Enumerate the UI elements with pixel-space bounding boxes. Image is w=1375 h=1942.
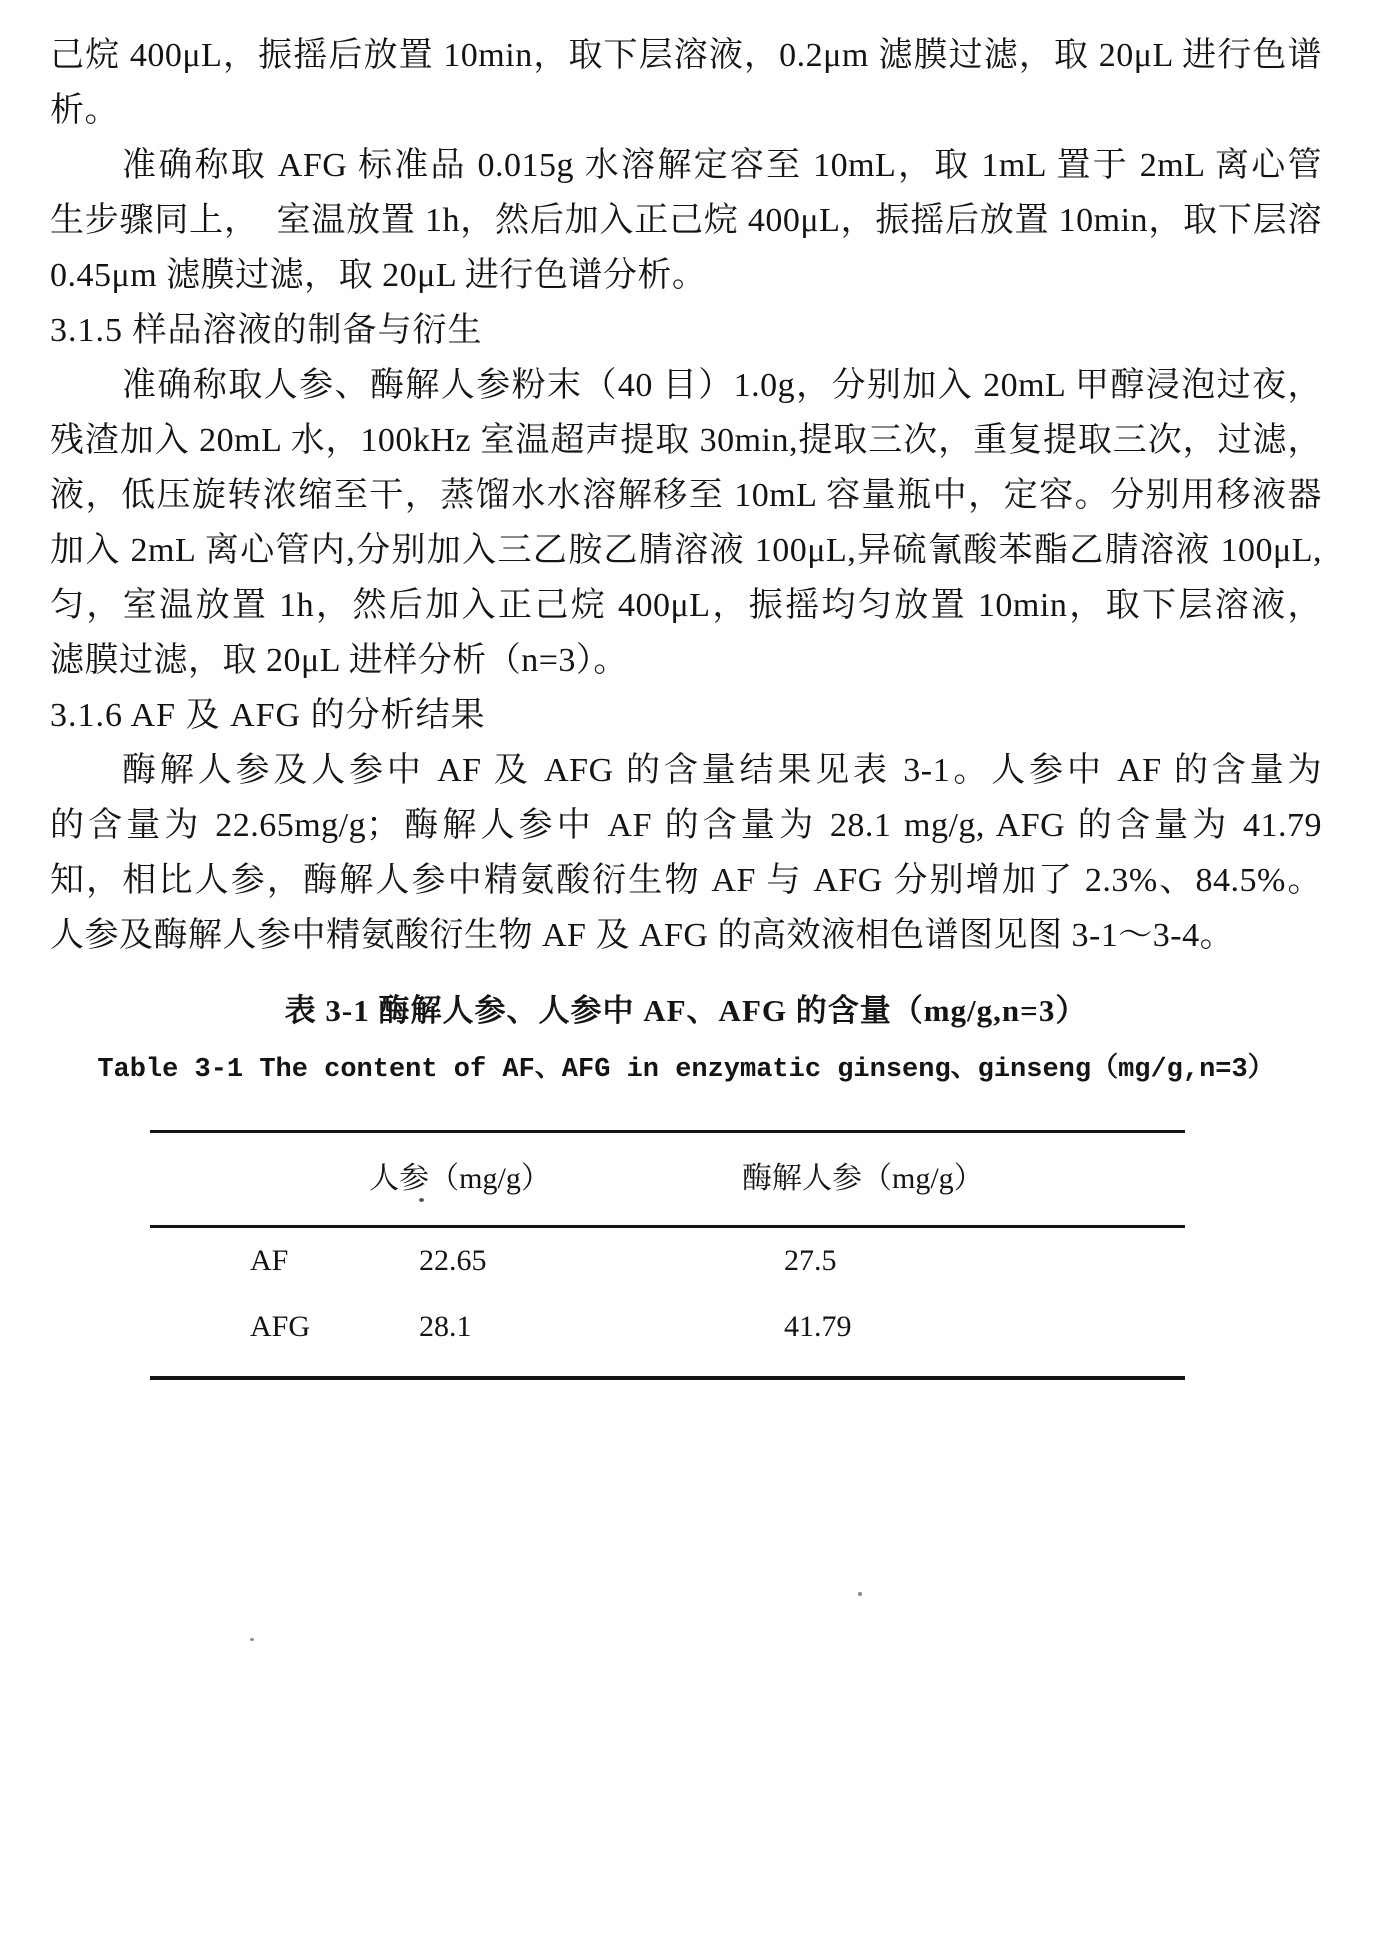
- body-line: 生步骤同上， 室温放置 1h，然后加入正己烷 400μL，振摇后放置 10min…: [50, 193, 1322, 248]
- table-header-enzymatic-ginseng: 酶解人参（mg/g）: [590, 1133, 1185, 1225]
- body-line: 己烷 400μL，振摇后放置 10min，取下层溶液，0.2μm 滤膜过滤，取 …: [50, 28, 1322, 83]
- table-header-ginseng: 人参（mg/g）: [330, 1133, 590, 1225]
- scan-speck: [250, 1638, 254, 1641]
- ginseng-value: 28.1: [330, 1294, 590, 1360]
- data-table: 人参（mg/g） 酶解人参（mg/g） AF 22.65 27.5 AFG 28…: [150, 1130, 1185, 1380]
- body-line: 滤膜过滤，取 20μL 进样分析（n=3）。: [50, 633, 1322, 688]
- table-header-analyte: [150, 1133, 330, 1225]
- section-heading-3-1-5: 3.1.5 样品溶液的制备与衍生: [50, 303, 1322, 358]
- scan-speck: [419, 1198, 424, 1202]
- body-line: 残渣加入 20mL 水，100kHz 室温超声提取 30min,提取三次，重复提…: [50, 413, 1322, 468]
- body-line: 人参及酶解人参中精氨酸衍生物 AF 及 AFG 的高效液相色谱图见图 3-1～3…: [50, 908, 1322, 963]
- enzymatic-value: 27.5: [590, 1228, 1185, 1294]
- row-label: AF: [150, 1228, 330, 1294]
- table-title-english: Table 3-1 The content of AF、AFG in enzym…: [50, 1049, 1322, 1091]
- body-line: 液，低压旋转浓缩至干，蒸馏水水溶解移至 10mL 容量瓶中，定容。分别用移液器取…: [50, 468, 1322, 523]
- body-line: 析。: [50, 83, 1322, 138]
- body-line: 准确称取 AFG 标准品 0.015g 水溶解定容至 10mL，取 1mL 置于…: [50, 138, 1322, 193]
- section-heading-3-1-6: 3.1.6 AF 及 AFG 的分析结果: [50, 688, 1322, 743]
- row-label: AFG: [150, 1294, 330, 1360]
- table-row: AF 22.65 27.5: [150, 1228, 1185, 1294]
- table-title-chinese: 表 3-1 酶解人参、人参中 AF、AFG 的含量（mg/g,n=3）: [50, 985, 1322, 1037]
- body-line: 匀，室温放置 1h，然后加入正己烷 400μL，振摇均匀放置 10min，取下层…: [50, 578, 1322, 633]
- body-line: 0.45μm 滤膜过滤，取 20μL 进行色谱分析。: [50, 248, 1322, 303]
- body-line: 知，相比人参，酶解人参中精氨酸衍生物 AF 与 AFG 分别增加了 2.3%、8…: [50, 853, 1322, 908]
- body-line: 加入 2mL 离心管内,分别加入三乙胺乙腈溶液 100μL,异硫氰酸苯酯乙腈溶液…: [50, 523, 1322, 578]
- table-row: AFG 28.1 41.79: [150, 1294, 1185, 1360]
- enzymatic-value: 41.79: [590, 1294, 1185, 1360]
- body-line: 的含量为 22.65mg/g；酶解人参中 AF 的含量为 28.1 mg/g, …: [50, 798, 1322, 853]
- table-header-row: 人参（mg/g） 酶解人参（mg/g）: [150, 1133, 1185, 1228]
- body-line: 酶解人参及人参中 AF 及 AFG 的含量结果见表 3-1。人参中 AF 的含量…: [50, 743, 1322, 798]
- document-page: 己烷 400μL，振摇后放置 10min，取下层溶液，0.2μm 滤膜过滤，取 …: [0, 0, 1375, 1942]
- text-content: 己烷 400μL，振摇后放置 10min，取下层溶液，0.2μm 滤膜过滤，取 …: [50, 28, 1322, 1380]
- body-line: 准确称取人参、酶解人参粉末（40 目）1.0g，分别加入 20mL 甲醇浸泡过夜…: [50, 358, 1322, 413]
- ginseng-value: 22.65: [330, 1228, 590, 1294]
- scan-speck: [858, 1592, 862, 1596]
